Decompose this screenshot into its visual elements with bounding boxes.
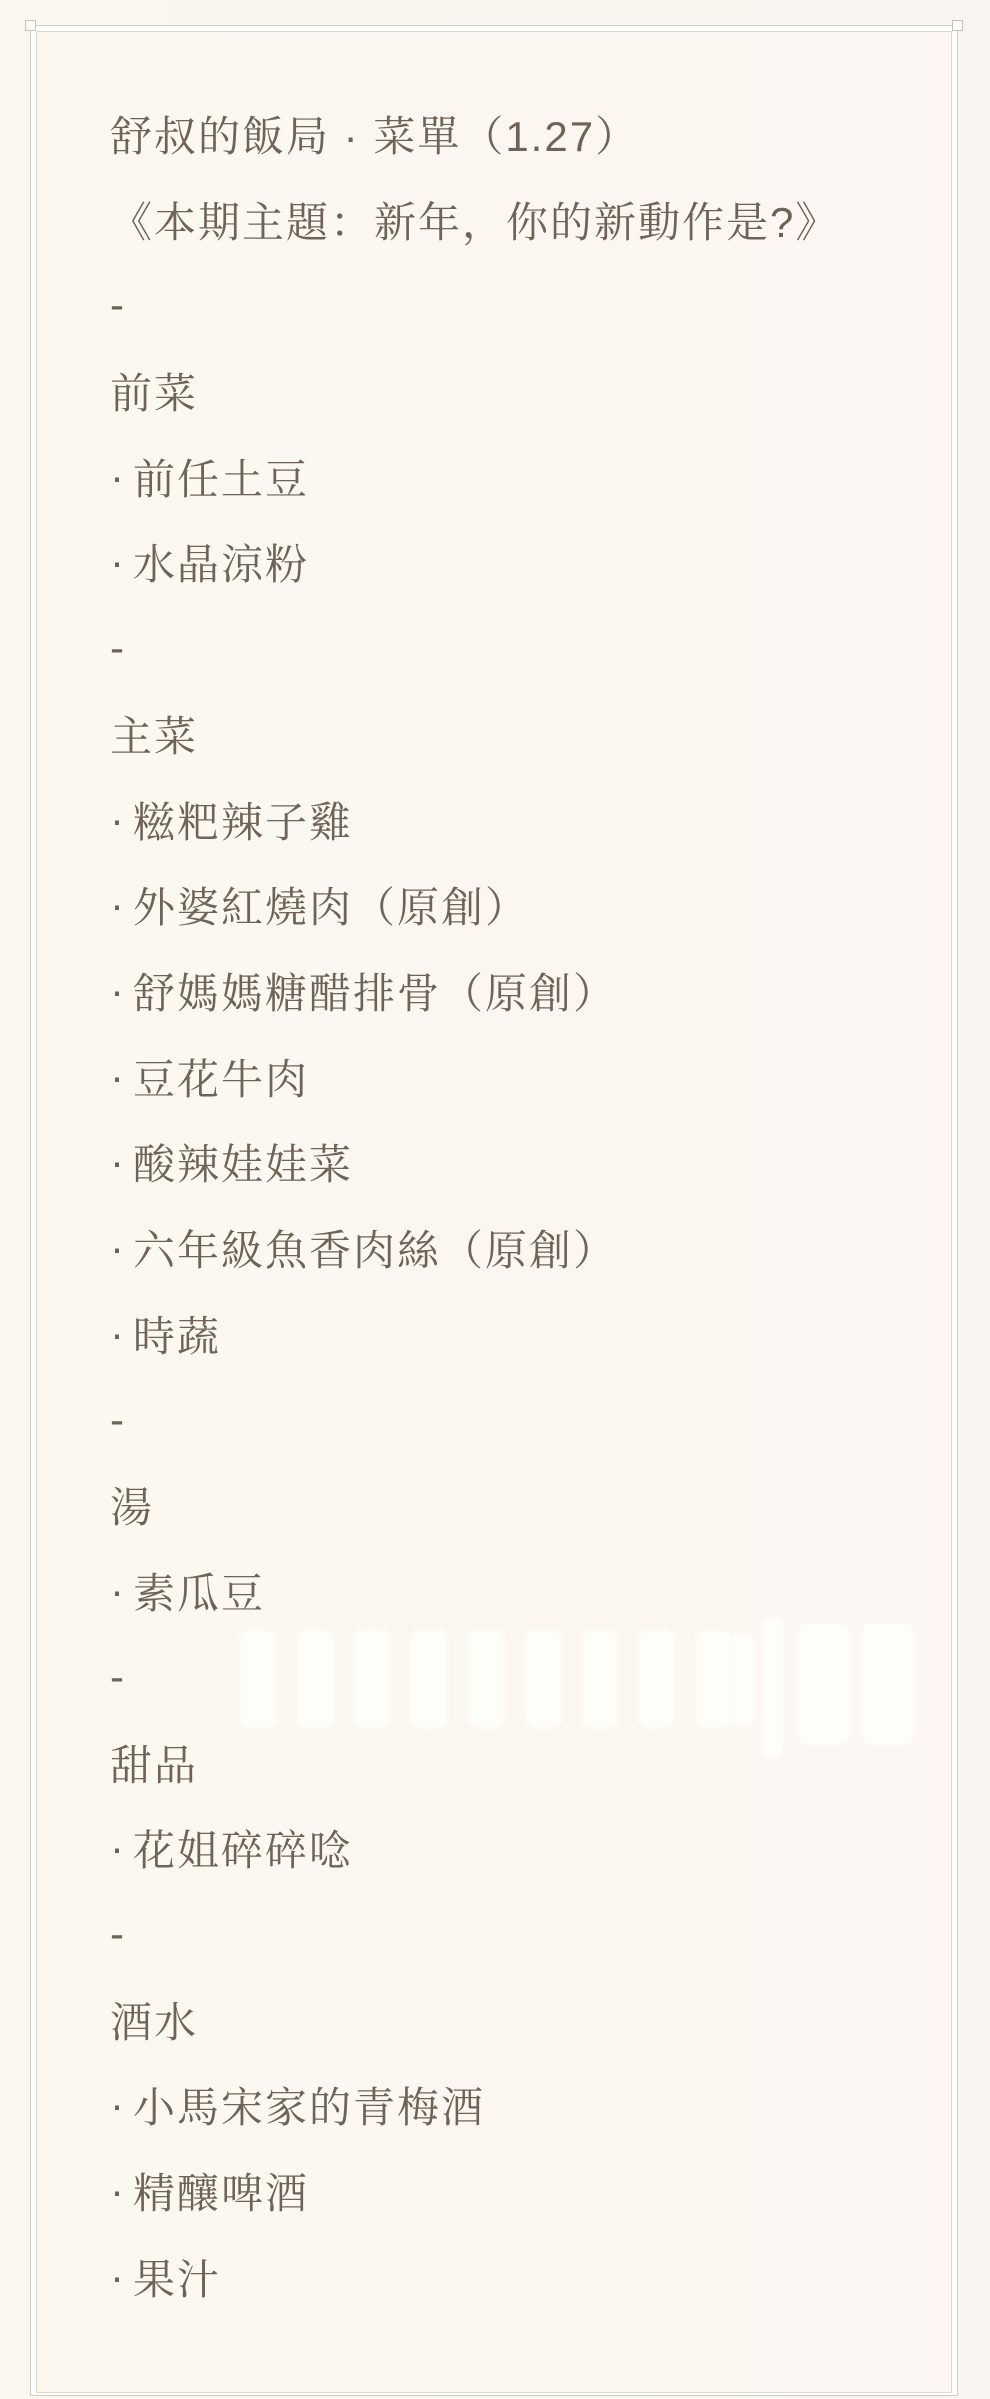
dish-name: 素瓜豆	[133, 1561, 265, 1621]
dish-name: 花姐碎碎唸	[133, 1818, 353, 1878]
dish-name: 時蔬	[133, 1304, 221, 1364]
line-text: -	[110, 1396, 126, 1444]
dish-name: 酸辣娃娃菜	[133, 1132, 353, 1192]
menu-item: ·精釀啤酒	[110, 2148, 930, 2234]
line-text: 前菜	[110, 361, 198, 421]
dish-name: 外婆紅燒肉（原創）	[133, 875, 529, 935]
menu-divider: -	[110, 605, 930, 691]
menu-text: 舒叔的飯局 · 菜單（1.27）《本期主題：新年，你的新動作是?》-前菜·前任土…	[110, 91, 930, 2320]
menu-item: ·素瓜豆	[110, 1548, 930, 1634]
bullet-dot-icon: ·	[110, 967, 133, 1015]
menu-item: ·花姐碎碎唸	[110, 1805, 930, 1891]
menu-divider: -	[110, 1377, 930, 1463]
bullet-dot-icon: ·	[110, 1824, 133, 1872]
menu-section-header: 前菜	[110, 348, 930, 434]
bullet-dot-icon: ·	[110, 2253, 133, 2301]
selection-handle-top-left[interactable]	[25, 20, 36, 31]
menu-item: ·時蔬	[110, 1291, 930, 1377]
line-text: 湯	[110, 1475, 154, 1535]
image-selection-frame: 舒叔的飯局 · 菜單（1.27）《本期主題：新年，你的新動作是?》-前菜·前任土…	[30, 25, 958, 2396]
menu-divider: -	[110, 1891, 930, 1977]
line-text: -	[110, 1910, 126, 1958]
menu-title: 舒叔的飯局 · 菜單（1.27）	[110, 91, 930, 177]
menu-item: ·水晶涼粉	[110, 520, 930, 606]
menu-section-header: 湯	[110, 1463, 930, 1549]
menu-section-header: 甜品	[110, 1720, 930, 1806]
bullet-dot-icon: ·	[110, 2167, 133, 2215]
menu-item: ·豆花牛肉	[110, 1034, 930, 1120]
line-text: -	[110, 1653, 126, 1701]
menu-item: ·舒媽媽糖醋排骨（原創）	[110, 948, 930, 1034]
line-text: 甜品	[110, 1733, 198, 1793]
dish-name: 六年級魚香肉絲（原創）	[133, 1218, 617, 1278]
bullet-dot-icon: ·	[110, 1138, 133, 1186]
menu-section-header: 酒水	[110, 1977, 930, 2063]
bullet-dot-icon: ·	[110, 1224, 133, 1272]
bullet-dot-icon: ·	[110, 1310, 133, 1358]
menu-section-header: 主菜	[110, 691, 930, 777]
line-text: -	[110, 281, 126, 329]
menu-item: ·果汁	[110, 2234, 930, 2320]
menu-item: ·酸辣娃娃菜	[110, 1120, 930, 1206]
dish-name: 前任土豆	[133, 447, 309, 507]
menu-item: ·糍粑辣子雞	[110, 777, 930, 863]
menu-theme: 《本期主題：新年，你的新動作是?》	[110, 177, 930, 263]
editor-canvas: 舒叔的飯局 · 菜單（1.27）《本期主題：新年，你的新動作是?》-前菜·前任土…	[0, 0, 990, 2399]
selection-handle-top-right[interactable]	[952, 20, 963, 31]
bullet-dot-icon: ·	[110, 1567, 133, 1615]
dish-name: 水晶涼粉	[133, 532, 309, 592]
dish-name: 舒媽媽糖醋排骨（原創）	[133, 961, 617, 1021]
menu-divider: -	[110, 1634, 930, 1720]
line-text: 酒水	[110, 1990, 198, 2050]
line-text: 舒叔的飯局 · 菜單（1.27）	[110, 104, 639, 164]
dish-name: 精釀啤酒	[133, 2161, 309, 2221]
dish-name: 糍粑辣子雞	[133, 790, 353, 850]
bullet-dot-icon: ·	[110, 538, 133, 586]
menu-item: ·小馬宋家的青梅酒	[110, 2063, 930, 2149]
dish-name: 小馬宋家的青梅酒	[133, 2075, 485, 2135]
menu-image[interactable]: 舒叔的飯局 · 菜單（1.27）《本期主題：新年，你的新動作是?》-前菜·前任土…	[36, 31, 952, 2393]
menu-item: ·外婆紅燒肉（原創）	[110, 862, 930, 948]
bullet-dot-icon: ·	[110, 2081, 133, 2129]
menu-item: ·六年級魚香肉絲（原創）	[110, 1205, 930, 1291]
bullet-dot-icon: ·	[110, 796, 133, 844]
line-text: 《本期主題：新年，你的新動作是?》	[110, 190, 839, 250]
bullet-dot-icon: ·	[110, 1053, 133, 1101]
bullet-dot-icon: ·	[110, 881, 133, 929]
menu-item: ·前任土豆	[110, 434, 930, 520]
bullet-dot-icon: ·	[110, 453, 133, 501]
dish-name: 果汁	[133, 2247, 221, 2307]
line-text: 主菜	[110, 704, 198, 764]
menu-divider: -	[110, 262, 930, 348]
line-text: -	[110, 624, 126, 672]
dish-name: 豆花牛肉	[133, 1047, 309, 1107]
